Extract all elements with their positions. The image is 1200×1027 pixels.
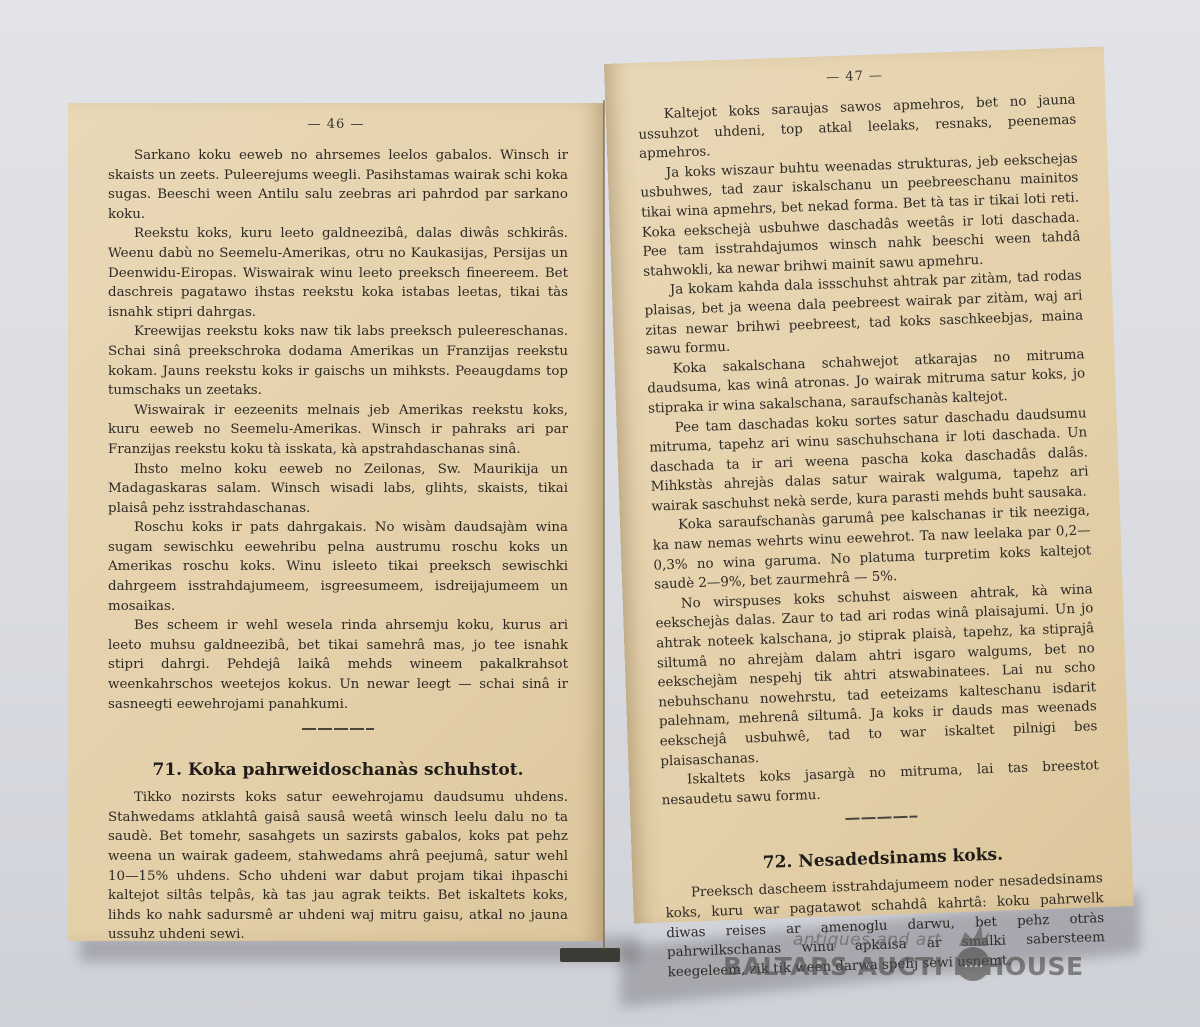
paragraph: Pee tam daschadas koku sortes satur dasc… (648, 404, 1089, 517)
paragraph: Reekstu koks, kuru leeto galdneezibâ, da… (108, 224, 568, 322)
left-page-body: Sarkano koku eeweb no ahrsemes leelos ga… (68, 146, 604, 945)
section-divider (845, 816, 917, 821)
paragraph: Preeksch dascheem isstrahdajumeem noder … (665, 869, 1106, 982)
left-page: — 46 — Sarkano koku eeweb no ahrsemes le… (68, 103, 604, 941)
left-page-number: — 46 — (68, 117, 604, 132)
paragraph: Koka saraufschanàs garumâ pee kalschanas… (652, 502, 1092, 596)
section-title-71: 71. Koka pahrweidoschanàs schuhstot. (108, 760, 568, 780)
paragraph: Ihsto melno koku eeweb no Zeilonas, Sw. … (108, 460, 568, 519)
paragraph: Kreewijas reekstu koks naw tik labs pree… (108, 322, 568, 400)
photo-scene: — 46 — Sarkano koku eeweb no ahrsemes le… (0, 0, 1200, 1027)
paragraph: No wirspuses koks schuhst aisween ahtrak… (655, 580, 1099, 772)
right-page: — 47 — Kaltejot koks saraujas sawos apme… (604, 47, 1134, 924)
book-spine (560, 948, 620, 962)
paragraph: Tikko nozirsts koks satur eewehrojamu da… (108, 788, 568, 945)
paragraph: Ja koks wiszaur buhtu weenadas struktura… (640, 149, 1082, 282)
paragraph: Wiswairak ir eezeenits melnais jeb Ameri… (108, 401, 568, 460)
right-page-body: Kaltejot koks saraujas sawos apmehros, b… (606, 90, 1136, 984)
section-divider (302, 728, 374, 730)
book-gutter (603, 100, 605, 950)
paragraph: Sarkano koku eeweb no ahrsemes leelos ga… (108, 146, 568, 224)
right-page-number: — 47 — (604, 61, 1104, 93)
paragraph: Bes scheem ir wehl wesela rinda ahrsemju… (108, 616, 568, 714)
paragraph: Roschu koks ir pats dahrgakais. No wisàm… (108, 518, 568, 616)
paragraph: Ja kokam kahda dala issschuhst ahtrak pa… (644, 267, 1084, 361)
